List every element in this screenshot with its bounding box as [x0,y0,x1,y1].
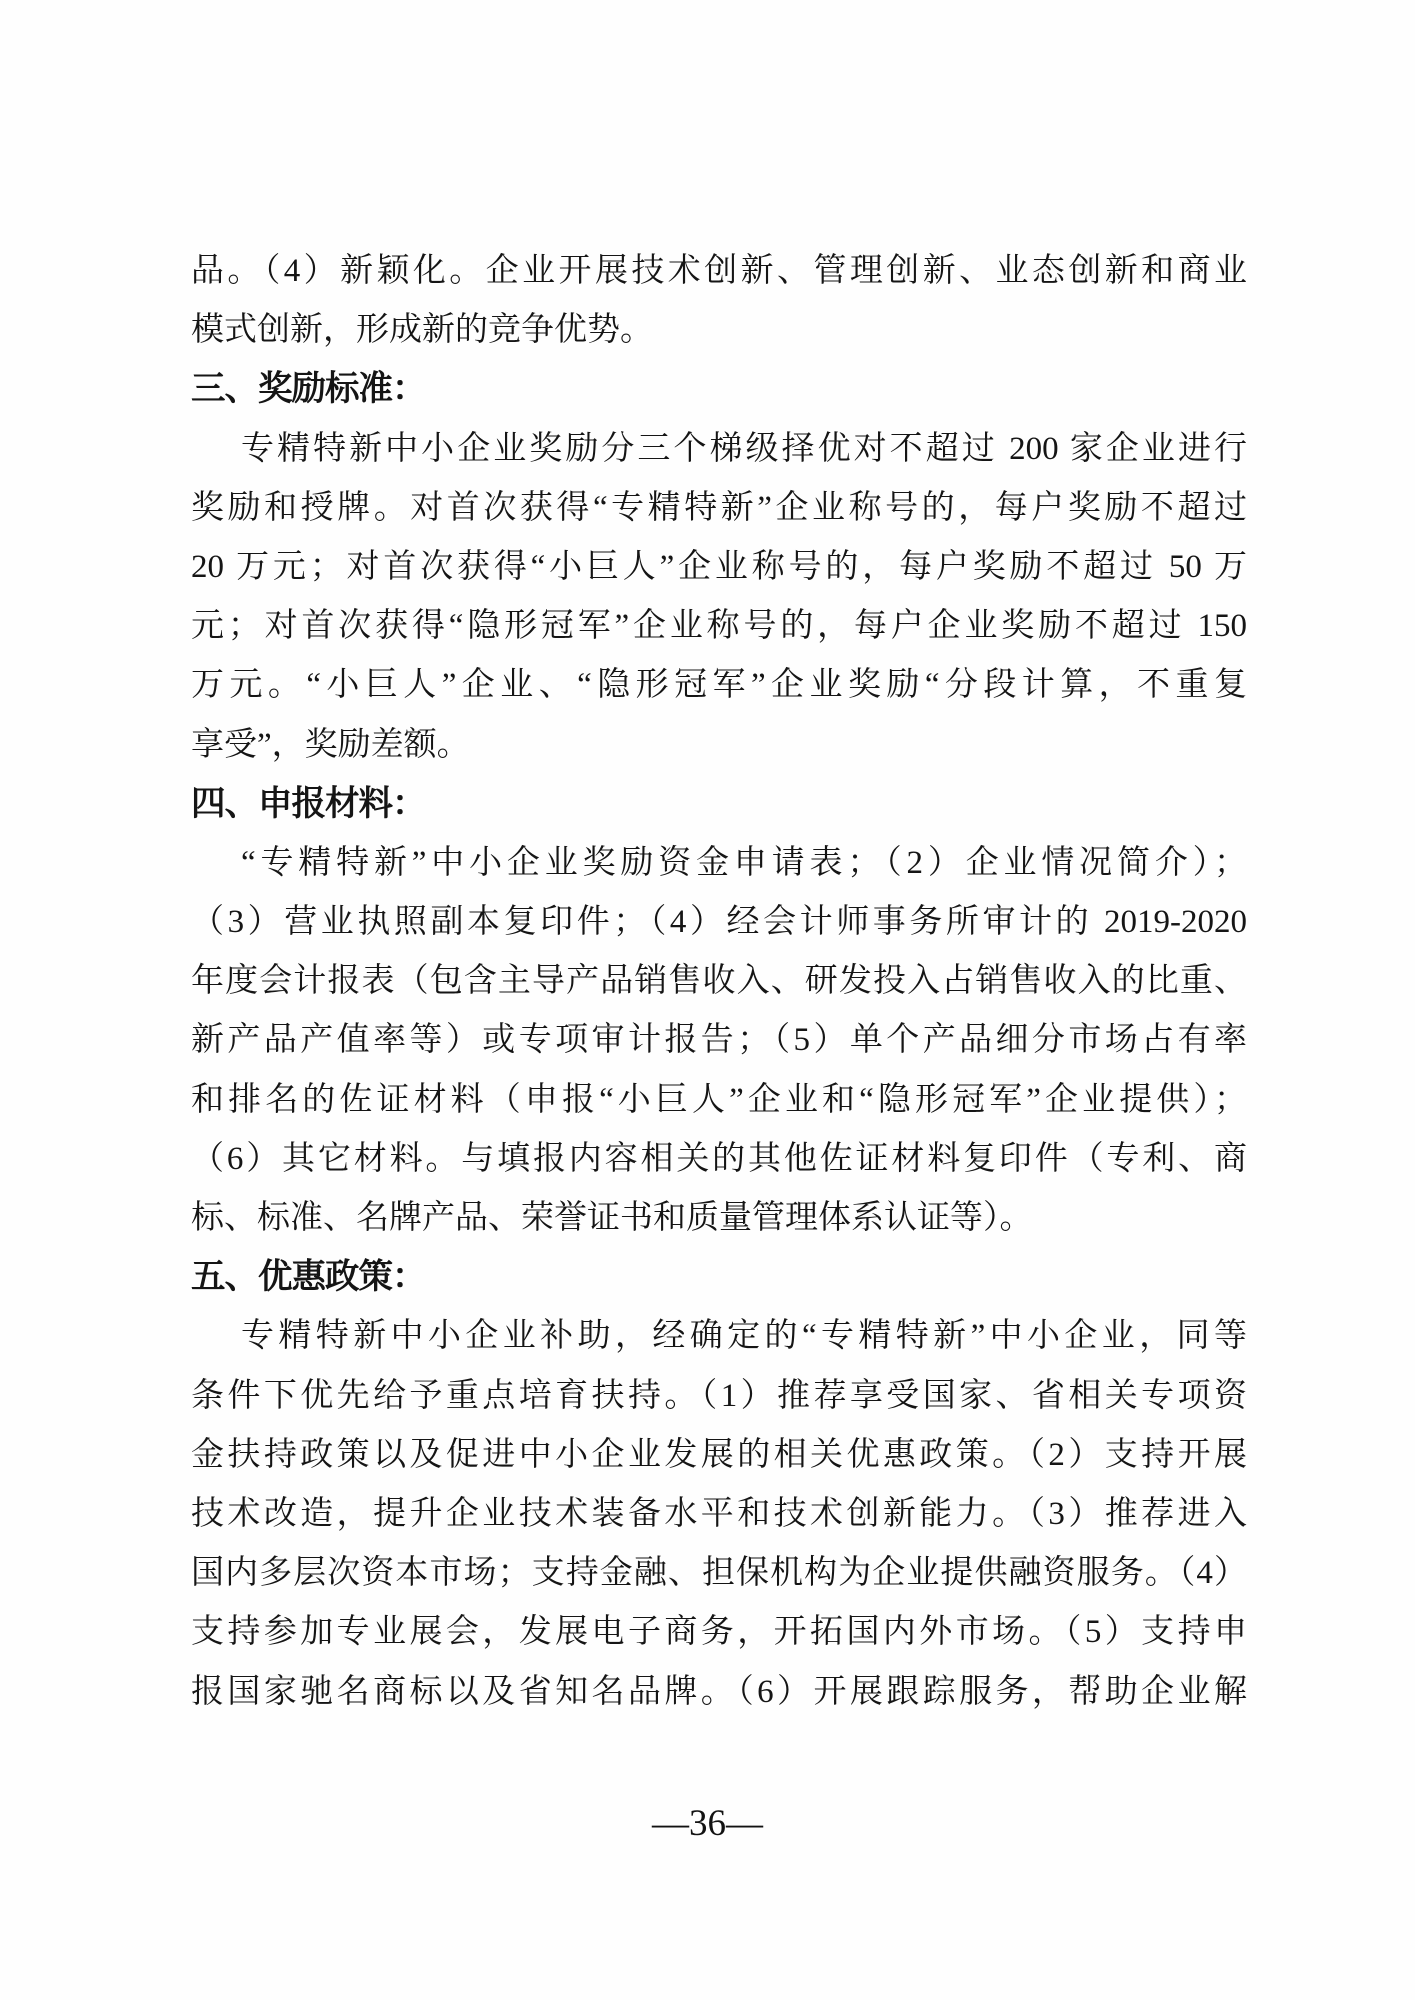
text-line: 模式创新，形成新的竞争优势。 [191,301,1247,360]
text-line: （3）营业执照副本复印件；（4）经会计师事务所审计的 2019-2020 [191,893,1247,952]
section-heading-application-materials: 四、申报材料： [191,775,1247,834]
document-page: 品。（4）新颖化。企业开展技术创新、管理创新、业态创新和商业 模式创新，形成新的… [0,0,1415,2000]
text-line: 条件下优先给予重点培育扶持。（1）推荐享受国家、省相关专项资 [191,1367,1247,1426]
section-heading-reward-standard: 三、奖励标准： [191,360,1247,419]
text-line: 国内多层次资本市场；支持金融、担保机构为企业提供融资服务。（4） [191,1544,1247,1603]
text-line: 元；对首次获得“隐形冠军”企业称号的，每户企业奖励不超过 150 [191,597,1247,656]
document-body: 品。（4）新颖化。企业开展技术创新、管理创新、业态创新和商业 模式创新，形成新的… [191,242,1247,1722]
text-line: 支持参加专业展会，发展电子商务，开拓国内外市场。（5）支持申 [191,1603,1247,1662]
text-line: 专精特新中小企业补助，经确定的“专精特新”中小企业，同等 [191,1307,1247,1366]
text-line: 20 万元；对首次获得“小巨人”企业称号的，每户奖励不超过 50 万 [191,538,1247,597]
section-heading-preferential-policy: 五、优惠政策： [191,1248,1247,1307]
text-line: 万元。“小巨人”企业、“隐形冠军”企业奖励“分段计算，不重复 [191,656,1247,715]
text-line: “专精特新”中小企业奖励资金申请表；（2）企业情况简介）； [191,834,1247,893]
text-line: （6）其它材料。与填报内容相关的其他佐证材料复印件（专利、商 [191,1130,1247,1189]
text-line: 年度会计报表（包含主导产品销售收入、研发投入占销售收入的比重、 [191,952,1247,1011]
text-line: 专精特新中小企业奖励分三个梯级择优对不超过 200 家企业进行 [191,420,1247,479]
text-line: 金扶持政策以及促进中小企业发展的相关优惠政策。（2）支持开展 [191,1426,1247,1485]
text-line: 标、标准、名牌产品、荣誉证书和质量管理体系认证等）。 [191,1189,1247,1248]
text-line: 品。（4）新颖化。企业开展技术创新、管理创新、业态创新和商业 [191,242,1247,301]
text-line: 新产品产值率等）或专项审计报告；（5）单个产品细分市场占有率 [191,1011,1247,1070]
text-line: 奖励和授牌。对首次获得“专精特新”企业称号的，每户奖励不超过 [191,479,1247,538]
text-line: 技术改造，提升企业技术装备水平和技术创新能力。（3）推荐进入 [191,1485,1247,1544]
text-line: 报国家驰名商标以及省知名品牌。（6）开展跟踪服务，帮助企业解 [191,1663,1247,1722]
page-number: —36— [0,1799,1415,1849]
text-line: 和排名的佐证材料（申报“小巨人”企业和“隐形冠军”企业提供）； [191,1071,1247,1130]
text-line: 享受”，奖励差额。 [191,716,1247,775]
